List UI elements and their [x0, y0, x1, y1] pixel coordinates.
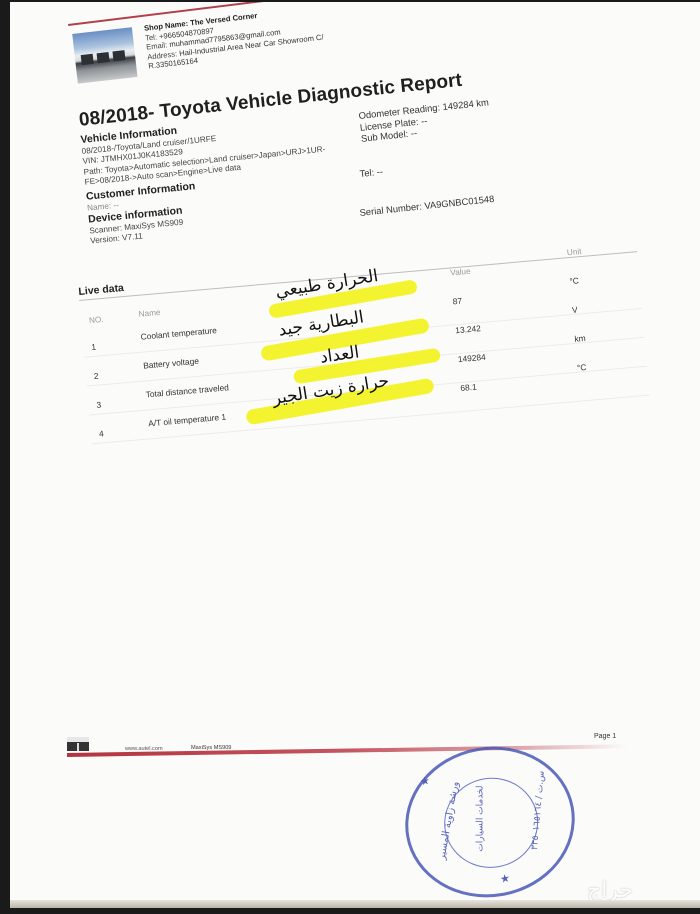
row-unit: °C: [569, 275, 579, 286]
col-name: Name: [138, 308, 161, 319]
row-unit: km: [574, 333, 586, 344]
paper-edge: [10, 900, 700, 908]
star-icon: ★: [499, 871, 511, 886]
row-unit: V: [572, 305, 578, 315]
star-icon: ★: [419, 774, 431, 789]
row-value: 87: [452, 296, 462, 307]
col-no: NO.: [89, 315, 104, 325]
row-name: Total distance traveled: [145, 382, 229, 399]
row-unit: °C: [577, 362, 587, 373]
page-number: Page 1: [594, 733, 616, 740]
row-value: 13.242: [455, 323, 481, 335]
company-stamp: ★ ★ ورشة زاوية المسير لخدمات السيارات س.…: [393, 733, 586, 908]
stamp-registration: س.ت / ٣٣٥٠١٦٥١٦٤: [530, 770, 547, 850]
col-value: Value: [450, 267, 471, 278]
row-no: 1: [91, 342, 97, 352]
col-unit: Unit: [567, 247, 582, 257]
row-no: 2: [93, 371, 99, 381]
document-page: Shop Name: The Versed Corner Tel: +96650…: [10, 2, 700, 908]
row-no: 3: [96, 399, 102, 409]
shop-info: Shop Name: The Versed Corner Tel: +96650…: [144, 2, 448, 72]
row-no: 4: [99, 428, 105, 438]
row-name: Coolant temperature: [140, 325, 217, 342]
row-value: 149284: [457, 352, 486, 364]
stamp-inner-text: لخدمات السيارات: [475, 786, 485, 852]
shop-photo-image: [72, 27, 137, 83]
autel-logo-icon: [67, 737, 89, 751]
row-value: 68.1: [460, 382, 477, 393]
row-name: Battery voltage: [143, 356, 200, 371]
row-name: A/T oil temperature 1: [148, 412, 227, 429]
